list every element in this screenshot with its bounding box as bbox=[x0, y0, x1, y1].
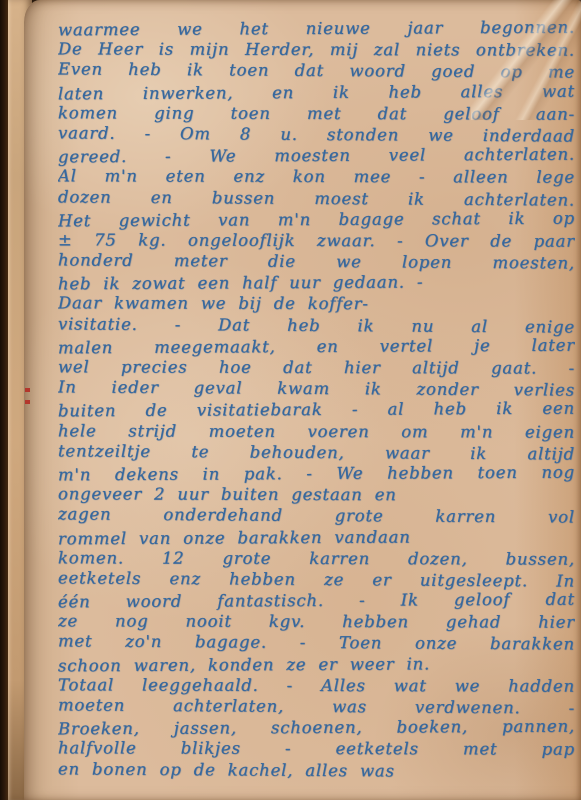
handwriting-line: heb ik zowat een half uur gedaan. - bbox=[58, 271, 575, 295]
handwriting-line: m'n dekens in pak. - We hebben toen nog bbox=[58, 462, 575, 486]
handwriting-line: gereed. - We moesten veel achterlaten. bbox=[58, 144, 575, 168]
handwriting-line: waarmee we het nieuwe jaar begonnen. bbox=[58, 18, 575, 41]
scanned-letter-page: waarmee we het nieuwe jaar begonnen. De … bbox=[0, 0, 581, 800]
handwriting-line: Totaal leeggehaald. - Alles wat we hadde… bbox=[58, 674, 575, 697]
handwriting-line: schoon waren, konden ze er weer in. bbox=[58, 652, 575, 676]
letter-page: waarmee we het nieuwe jaar begonnen. De … bbox=[24, 0, 581, 800]
handwriting-line: malen meegemaakt, en vertel je later bbox=[58, 334, 575, 358]
handwriting-line: met zo'n bagage. - Toen onze barakken bbox=[58, 631, 575, 655]
handwriting-line: eetketels enz hebben ze er uitgesleept. … bbox=[58, 567, 575, 591]
handwriting-line: rommel van onze barakken vandaan bbox=[58, 525, 575, 549]
red-edge-mark bbox=[25, 388, 30, 392]
handwriting-line: laten inwerken, en ik heb alles wat bbox=[58, 80, 575, 104]
handwriting-line: Broeken, jassen, schoenen, boeken, panne… bbox=[58, 716, 575, 740]
handwriting-line: vaard. - Om 8 u. stonden we inderdaad bbox=[58, 122, 575, 146]
handwriting-line: tentzeiltje te behouden, waar ik altijd bbox=[58, 440, 575, 464]
handwriting-line: wel precies hoe dat hier altijd gaat. - bbox=[58, 356, 575, 379]
handwriting-line: dozen en bussen moest ik achterlaten. bbox=[58, 186, 575, 210]
handwriting-line: komen. 12 grote karren dozen, bussen, bbox=[58, 547, 575, 570]
handwriting-line: één woord fantastisch. - Ik geloof dat bbox=[58, 589, 575, 613]
handwriting-line: De Heer is mijn Herder, mij zal niets on… bbox=[58, 39, 575, 62]
book-binding-edge bbox=[0, 0, 8, 800]
handwriting-line: komen ging toen met dat geloof aan- bbox=[58, 102, 575, 125]
handwriting-line: buiten de visitatiebarak - al heb ik een bbox=[58, 398, 575, 422]
handwriting-line: hele strijd moeten voeren om m'n eigen bbox=[58, 420, 575, 443]
handwriting-line: Het gewicht van m'n bagage schat ik op bbox=[58, 207, 575, 231]
handwriting-line: Al m'n eten enz kon mee - alleen lege bbox=[58, 166, 575, 189]
handwriting-line: halfvolle blikjes - eetketels met pap bbox=[58, 738, 575, 761]
handwriting-line: ze nog nooit kgv. hebben gehad hier bbox=[58, 611, 575, 634]
handwriting-line: visitatie. - Dat heb ik nu al enige bbox=[58, 313, 575, 337]
handwritten-text-block: waarmee we het nieuwe jaar begonnen. De … bbox=[58, 18, 575, 790]
handwriting-line: Daar kwamen we bij de koffer- bbox=[58, 293, 575, 316]
handwriting-line: ongeveer 2 uur buiten gestaan en bbox=[58, 483, 575, 506]
handwriting-line: en bonen op de kachel, alles was bbox=[58, 758, 575, 782]
handwriting-line: Even heb ik toen dat woord goed op me bbox=[58, 59, 575, 83]
handwriting-line: ± 75 kg. ongelooflijk zwaar. - Over de p… bbox=[58, 229, 575, 252]
handwriting-line: zagen onderdehand grote karren vol bbox=[58, 504, 575, 528]
